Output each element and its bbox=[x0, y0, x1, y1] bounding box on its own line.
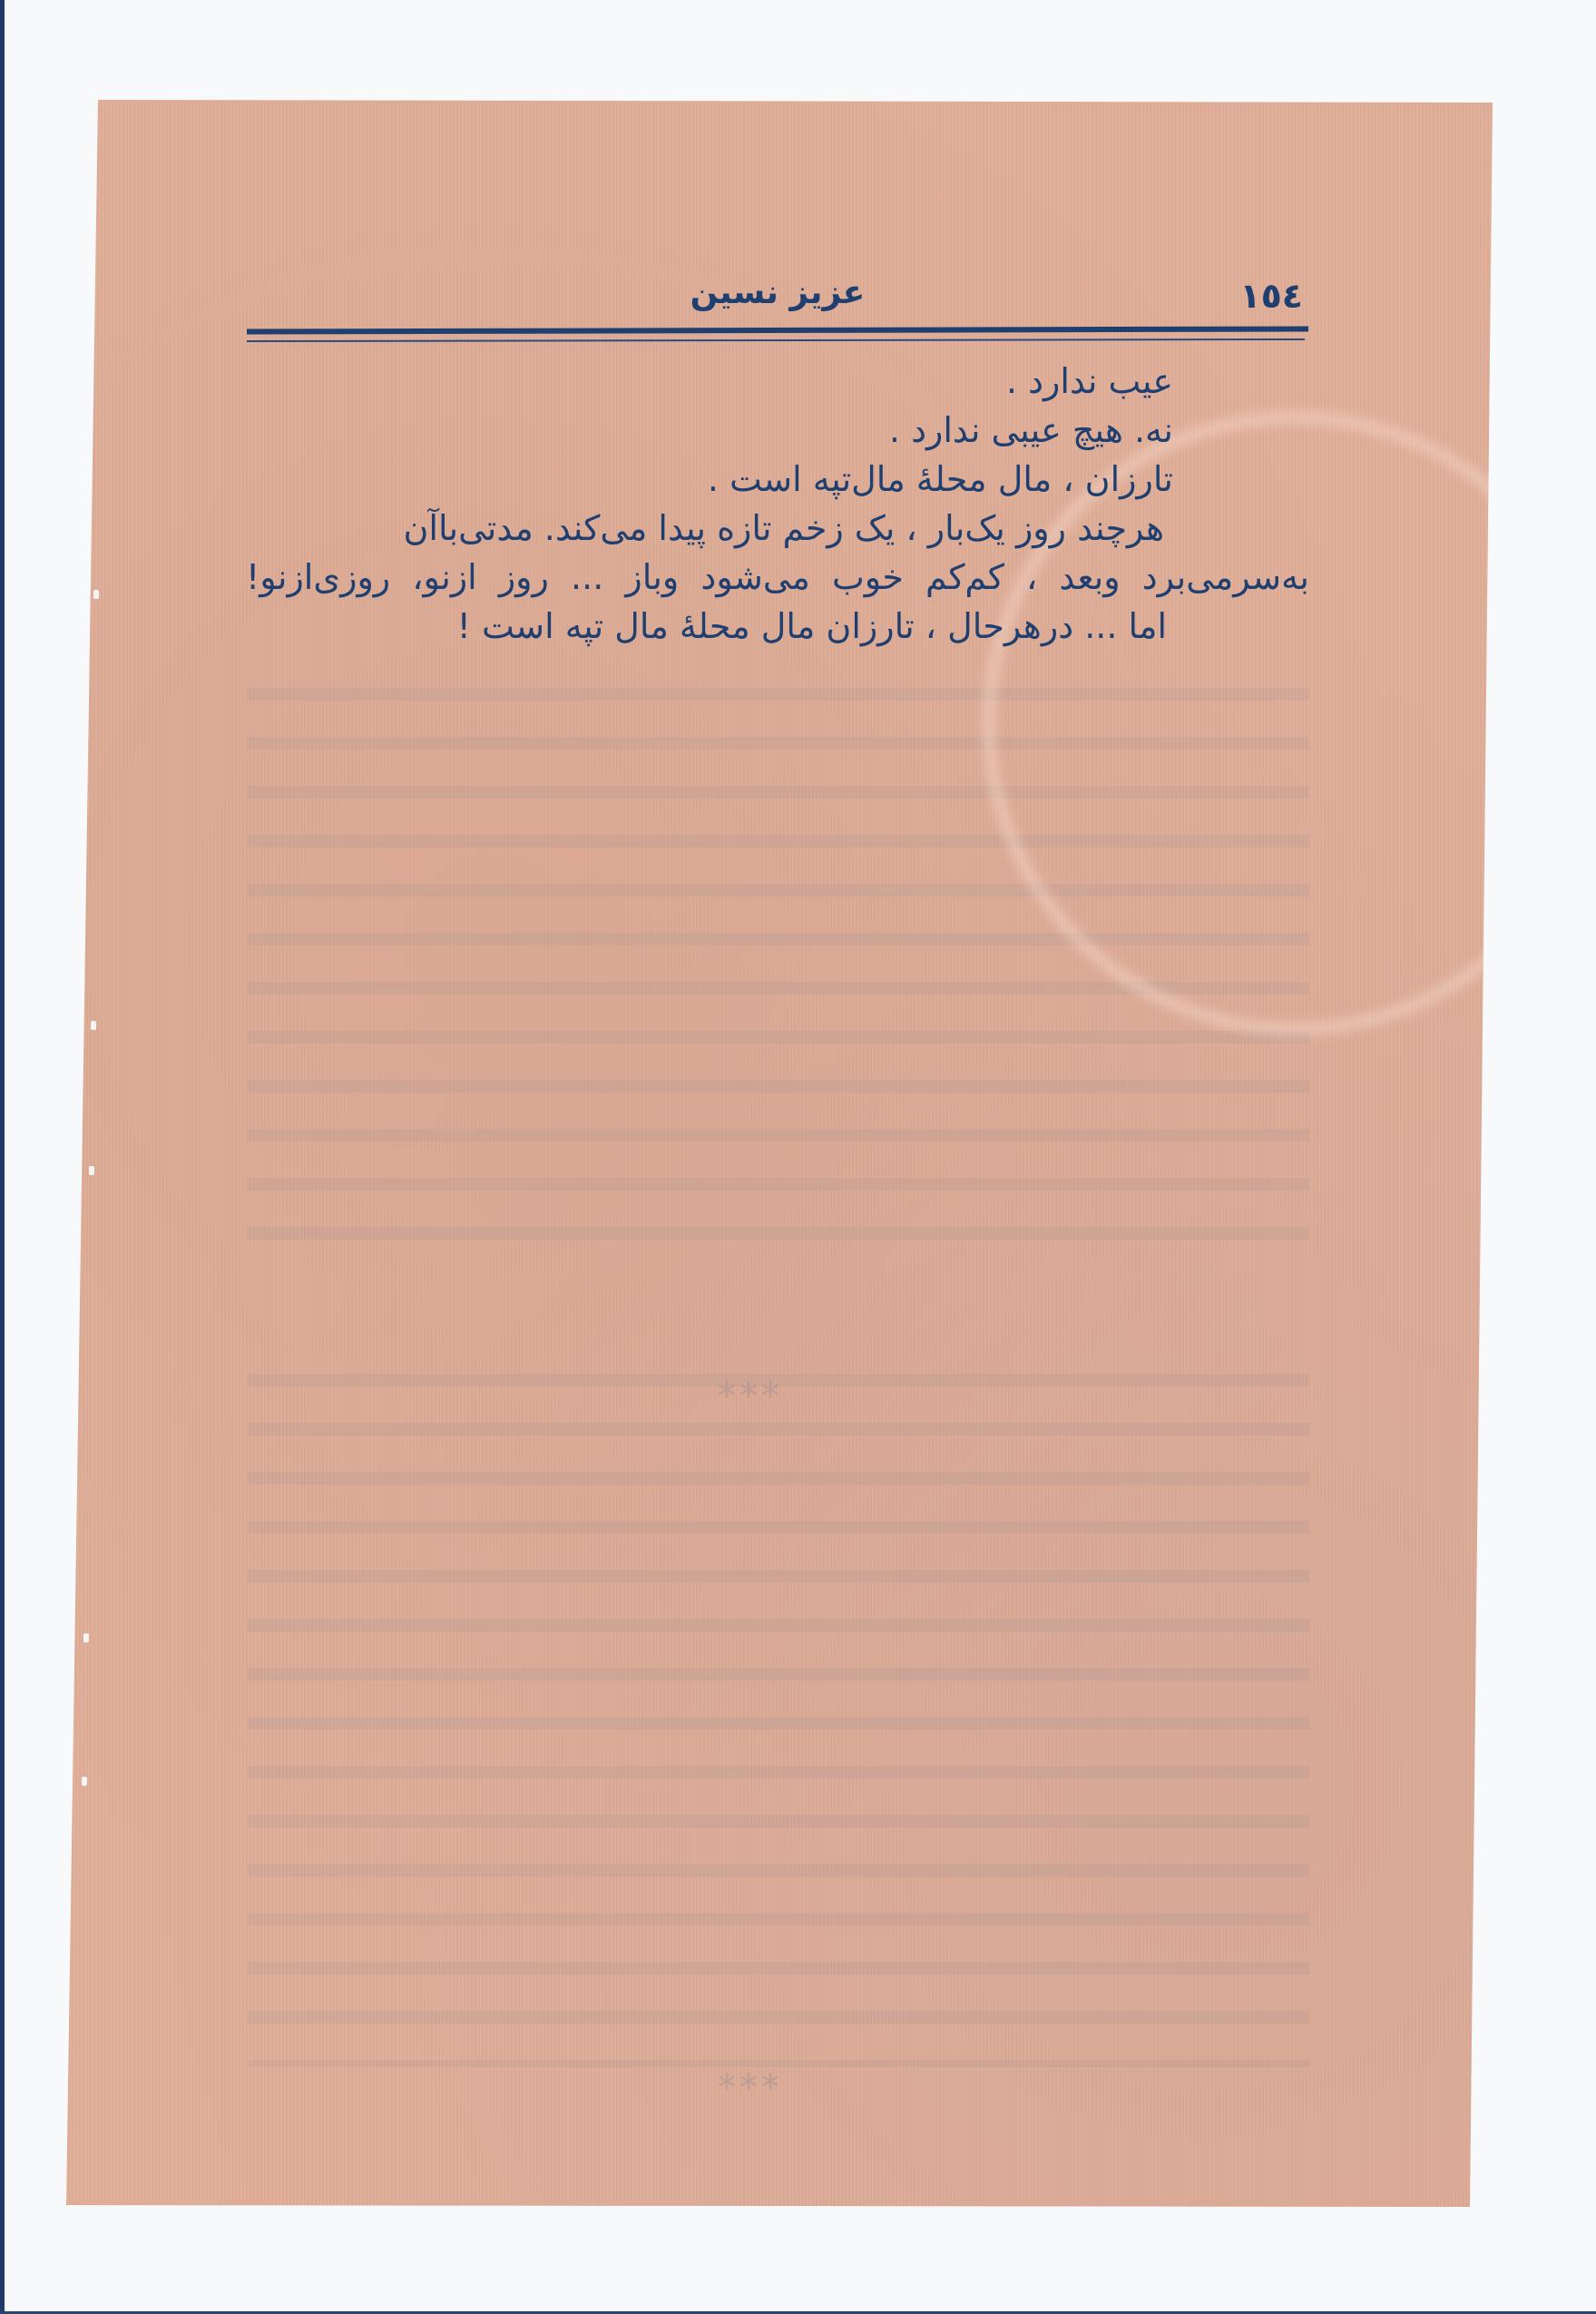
binding-hole bbox=[89, 1166, 94, 1175]
text-line: هرچند روز یک‌بار ، یک زخم تازه پیدا می‌ک… bbox=[246, 504, 1309, 553]
running-title: عزیز نسین bbox=[247, 274, 1308, 311]
scanner-edge bbox=[0, 0, 5, 2314]
binding-hole bbox=[83, 1633, 89, 1642]
text-line: نه. هیچ عیبی ندارد . bbox=[246, 406, 1309, 455]
bleed-through-separator: *** bbox=[718, 2067, 783, 2109]
book-page: ١٥٤ عزیز نسین عیب ندارد . نه. هیچ عیبی ن… bbox=[66, 98, 1493, 2207]
binding-hole bbox=[93, 590, 99, 599]
bleed-through-separator: *** bbox=[718, 1376, 783, 1417]
text-line: به‌سرمی‌برد وبعد ، کم‌کم خوب می‌شود وباز… bbox=[246, 553, 1309, 602]
header-rule-thick bbox=[247, 326, 1308, 334]
binding-hole bbox=[91, 1021, 96, 1030]
binding-hole bbox=[82, 1777, 87, 1786]
body-text: عیب ندارد . نه. هیچ عیبی ندارد . تارزان … bbox=[246, 357, 1309, 651]
text-line: عیب ندارد . bbox=[246, 357, 1309, 406]
page-header: ١٥٤ عزیز نسین bbox=[247, 261, 1308, 348]
text-line: تارزان ، مال محلهٔ مال‌تپه است . bbox=[246, 455, 1309, 504]
text-line: اما ... درهرحال ، تارزان مال محلهٔ مال ت… bbox=[246, 602, 1309, 651]
header-rule-thin bbox=[247, 338, 1305, 342]
